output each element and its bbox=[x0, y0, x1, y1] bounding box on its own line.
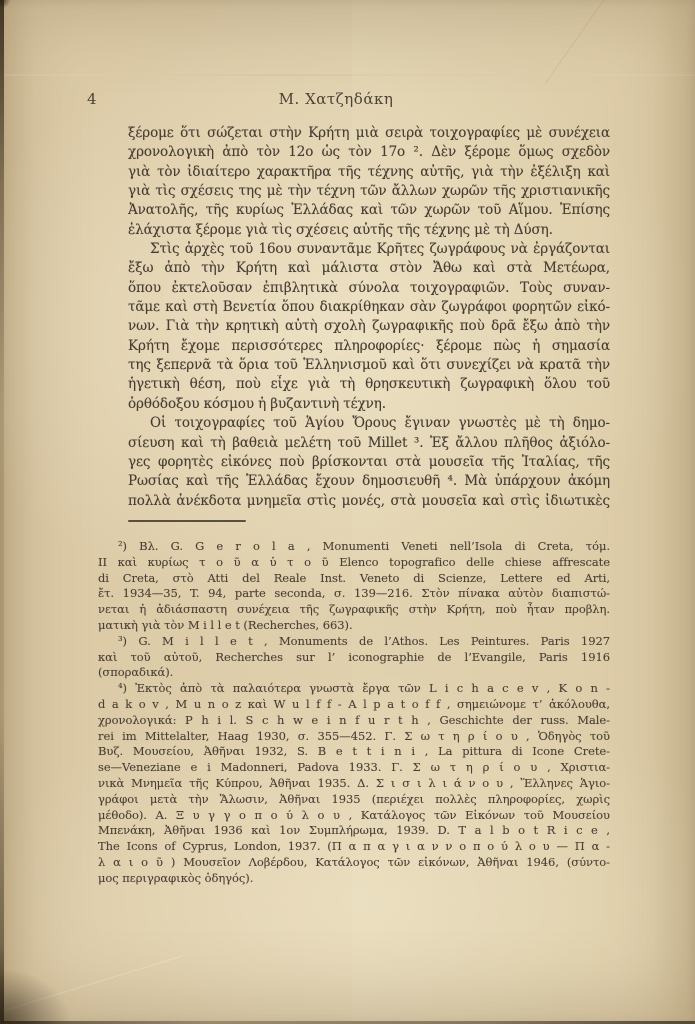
footnote-line: rei im Mittelalter, Haag 1930, σ. 355—45… bbox=[98, 729, 610, 745]
body-paragraph: Στὶς ἀρχὲς τοῦ 16ου συναντᾶμε Κρῆτες ζωγ… bbox=[128, 240, 610, 414]
footnote: ³) G. M i l l e t , Monuments de l’Athos… bbox=[98, 634, 610, 681]
body-line: Ρωσίας καὶ τῆς Ἑλλάδας ἔχουν δημοσιευθῆ … bbox=[128, 472, 610, 491]
body-line: Οἱ τοιχογραφίες τοῦ Ἁγίου Ὄρους ἔγιναν γ… bbox=[128, 414, 610, 433]
body-line: ὅπου ἐκτελοῦσαν ἐπιβλητικὰ σύνολα τοιχογ… bbox=[128, 279, 610, 298]
footnote-line: χρονολογικά: P h i l. S c h w e i n f u … bbox=[98, 713, 610, 729]
footnote-line: καὶ τοῦ αὐτοῦ, Recherches sur l’ iconogr… bbox=[98, 650, 610, 666]
footnote-line: ⁴) Ἐκτὸς ἀπὸ τὰ παλαιότερα γνωστὰ ἔργα τ… bbox=[98, 681, 610, 697]
footnote-line: ²) Βλ. G. G e r o l a , Monumenti Veneti… bbox=[98, 539, 610, 555]
running-title: Μ. Χατζηδάκη bbox=[0, 90, 672, 108]
footnote-line: Βυζ. Μουσείου, Ἀθῆναι 1932, S. B e t t i… bbox=[98, 744, 610, 760]
page-header: 4 Μ. Χατζηδάκη bbox=[0, 90, 695, 110]
body-line: πολλὰ ἀνέκδοτα μνημεῖα στὶς μονές, στὰ μ… bbox=[128, 492, 610, 511]
footnote: ⁴) Ἐκτὸς ἀπὸ τὰ παλαιότερα γνωστὰ ἔργα τ… bbox=[98, 681, 610, 886]
footnote-line: νικὰ Μνημεῖα τῆς Κύπρου, Ἀθῆναι 1935. Δ.… bbox=[98, 776, 610, 792]
footnote-line: γράφοι μετὰ τὴν Ἅλωσιν, Ἀθῆναι 1935 (περ… bbox=[98, 792, 610, 808]
scanned-page: 4 Μ. Χατζηδάκη ξέρομε ὅτι σώζεται στὴν Κ… bbox=[0, 0, 695, 1024]
body-paragraph: ξέρομε ὅτι σώζεται στὴν Κρήτη μιὰ σειρὰ … bbox=[128, 124, 610, 240]
body-line: ἡγετικὴ θέση, ποὺ εἶχε γιὰ τὴ θρησκευτικ… bbox=[128, 375, 610, 394]
body-line: τᾶμε καὶ στὴ Βενετία ὅπου διακρίθηκαν σὰ… bbox=[128, 298, 610, 317]
body-line: ἔξω ἀπὸ τὴν Κρήτη καὶ μάλιστα στὸν Ἄθω κ… bbox=[128, 259, 610, 278]
footnote: ²) Βλ. G. G e r o l a , Monumenti Veneti… bbox=[98, 539, 610, 634]
footnote-line: μέθοδο). Α. Ξ υ γ γ ο π ο ύ λ ο υ , Κατά… bbox=[98, 808, 610, 824]
body-line: νων. Γιὰ τὴν κρητικὴ αὐτὴ σχολὴ ζωγραφικ… bbox=[128, 317, 610, 336]
page-edge-shadow-left bbox=[0, 0, 4, 1024]
footnote-line: μος περιγραφικὸς ὁδηγός). bbox=[98, 871, 610, 887]
page-corner-shadow-bottom-left bbox=[0, 968, 72, 1024]
body-line: της ξεπερνᾶ τὰ ὅρια τοῦ Ἑλληνισμοῦ καὶ ὅ… bbox=[128, 356, 610, 375]
footnote-separator bbox=[128, 520, 246, 522]
body-line: σίευση καὶ τὴ βαθειὰ μελέτη τοῦ Millet ³… bbox=[128, 434, 610, 453]
footnote-line: The Icons of Cyprus, London, 1937. (Π α … bbox=[98, 839, 610, 855]
footnote-line: ματικὴ γιὰ τὸν M i l l e t (Recherches, … bbox=[98, 618, 610, 634]
footnote-line: se—Veneziane e i Madonneri, Padova 1933.… bbox=[98, 760, 610, 776]
body-line: Στὶς ἀρχὲς τοῦ 16ου συναντᾶμε Κρῆτες ζωγ… bbox=[128, 240, 610, 259]
footnote-line: di Creta, στὸ Atti del Reale Inst. Venet… bbox=[98, 571, 610, 587]
footnote-line: ἔτ. 1934—35, T. 94, parte seconda, σ. 13… bbox=[98, 586, 610, 602]
footnote-line: (σποραδικά). bbox=[98, 665, 610, 681]
body-text: ξέρομε ὅτι σώζεται στὴν Κρήτη μιὰ σειρὰ … bbox=[128, 124, 610, 511]
body-line: γες φορητὲς εἰκόνες ποὺ βρίσκονται στὰ μ… bbox=[128, 453, 610, 472]
body-line: ξέρομε ὅτι σώζεται στὴν Κρήτη μιὰ σειρὰ … bbox=[128, 124, 610, 143]
body-line: ὀρθόδοξου κόσμου ἡ βυζαντινὴ τέχνη. bbox=[128, 395, 610, 414]
body-line: χρονολογικὴ ἀπὸ τὸν 12ο ὡς τὸν 17ο ². Δὲ… bbox=[128, 143, 610, 162]
footnote-line: Μπενάκη, Ἀθῆναι 1936 καὶ 1ον Συμπλήρωμα,… bbox=[98, 823, 610, 839]
footnote-line: νεται ἡ ἀδιάσπαστη συνέχεια τῆς ζωγραφικ… bbox=[98, 602, 610, 618]
footnote-line: λ α ι ο ῦ ) Μουσεῖον Λοβέρδου, Κατάλογος… bbox=[98, 855, 610, 871]
body-line: Κρήτη ἔχομε περισσότερες πληροφορίες· ξέ… bbox=[128, 337, 610, 356]
body-line: Ἀνατολῆς, τῆς κυρίως Ἑλλάδας καὶ τῶν χωρ… bbox=[128, 201, 610, 220]
body-line: ἐλάχιστα ξέρομε γιὰ τὶς σχέσεις αὐτῆς τῆ… bbox=[128, 221, 610, 240]
footnote-line: ³) G. M i l l e t , Monuments de l’Athos… bbox=[98, 634, 610, 650]
footnotes-block: ²) Βλ. G. G e r o l a , Monumenti Veneti… bbox=[98, 539, 610, 887]
footnote-line: II καὶ κυρίως τ ο ῦ α ὐ τ ο ῦ Elenco top… bbox=[98, 555, 610, 571]
page-corner-nick-top-left bbox=[0, 0, 11, 9]
footnote-line: d a k o v , M u n o z καὶ W u l f f - A … bbox=[98, 697, 610, 713]
body-line: γιὰ τὸν ἰδιαίτερο χαρακτῆρα τῆς τέχνης α… bbox=[128, 163, 610, 182]
body-line: γιὰ τὶς σχέσεις της μὲ τὴν τέχνη τῶν ἄλλ… bbox=[128, 182, 610, 201]
body-paragraph: Οἱ τοιχογραφίες τοῦ Ἁγίου Ὄρους ἔγιναν γ… bbox=[128, 414, 610, 511]
